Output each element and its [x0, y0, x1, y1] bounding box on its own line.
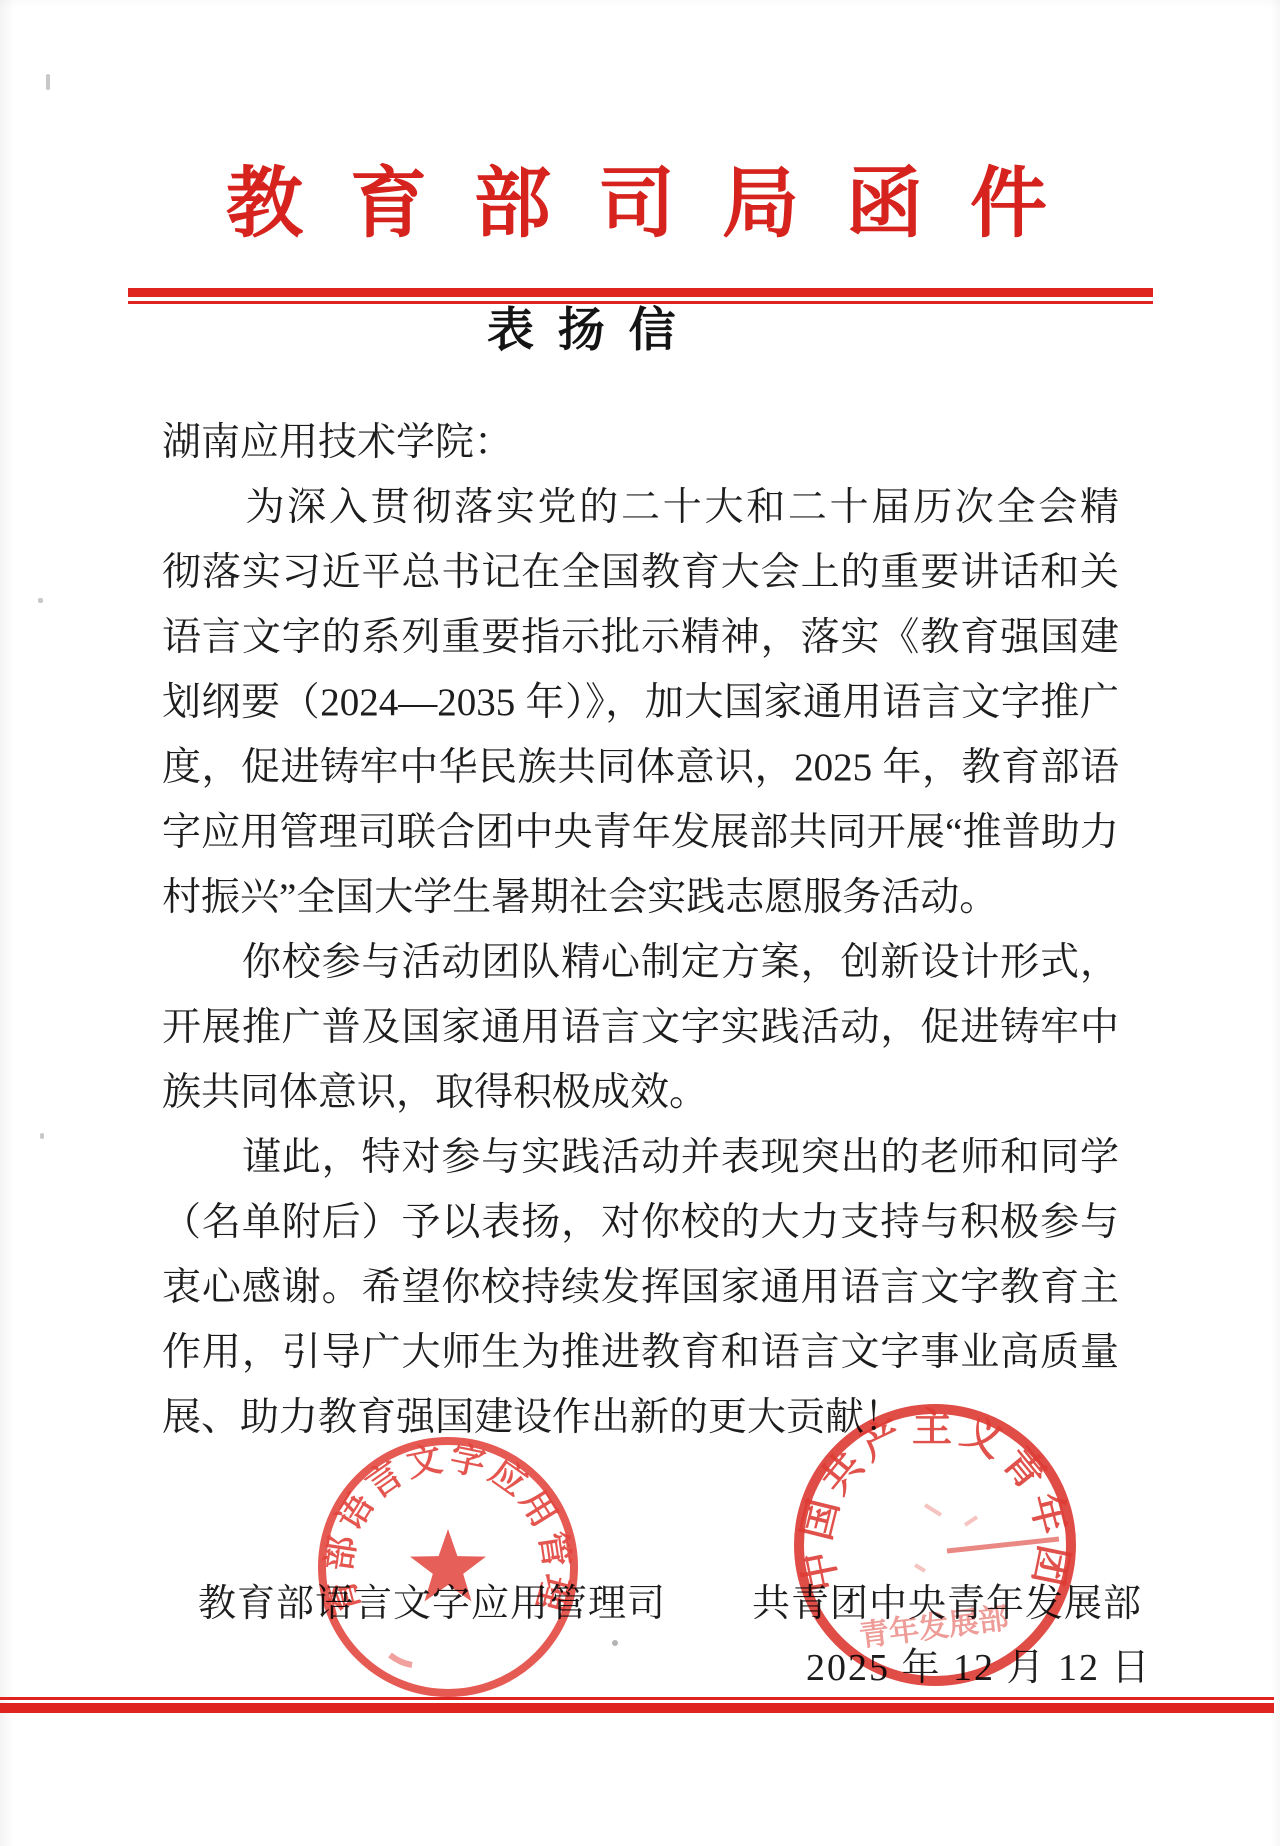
scanned-letter-page: 教育部司局函件 表 扬 信 湖南应用技术学院： 为深入贯彻落实党的二十大和二十届… [0, 0, 1280, 1846]
body-line: （名单附后）予以表扬，对你校的大力支持与积极参与表示 [162, 1190, 1119, 1255]
right-official-seal: 中国共产主义青年团 青年发展部 [775, 1385, 1095, 1705]
body-line: 彻落实习近平总书记在全国教育大会上的重要讲话和关于 [162, 540, 1119, 605]
body-line: 度，促进铸牢中华民族共同体意识，2025 年，教育部语言文 [162, 735, 1119, 800]
letter-body: 湖南应用技术学院： 为深入贯彻落实党的二十大和二十届历次全会精神，贯彻落实习近平… [162, 410, 1119, 1450]
body-line: 字应用管理司联合团中央青年发展部共同开展“推普助力乡 [162, 800, 1119, 865]
scan-artifact [46, 74, 50, 90]
body-line: 作用，引导广大师生为推进教育和语言文字事业高质量发 [162, 1320, 1119, 1385]
scan-artifact [40, 1133, 44, 1139]
body-line: 谨此，特对参与实践活动并表现突出的老师和同学们 [162, 1125, 1119, 1190]
seal-star-icon [410, 1529, 486, 1601]
body-line: 为深入贯彻落实党的二十大和二十届历次全会精神，贯 [162, 475, 1119, 540]
body-line: 开展推广普及国家通用语言文字实践活动，促进铸牢中华民 [162, 995, 1119, 1060]
scan-artifact [38, 598, 43, 603]
left-official-seal: 教育部语言文字应用管理司 [298, 1417, 598, 1717]
body-line: 村振兴”全国大学生暑期社会实践志愿服务活动。 [162, 865, 1119, 930]
svg-text:中国共产主义青年团: 中国共产主义青年团 [793, 1405, 1077, 1595]
body-line: 湖南应用技术学院： [162, 410, 1119, 475]
letterhead-title: 教育部司局函件 [226, 142, 1094, 253]
scan-artifact [612, 1640, 618, 1646]
document-title: 表 扬 信 [487, 293, 682, 360]
body-line: 语言文字的系列重要指示批示精神，落实《教育强国建设规 [162, 605, 1119, 670]
bottom-rule-thin [0, 1697, 1274, 1700]
right-seal-arc-text: 中国共产主义青年团 [793, 1405, 1077, 1595]
body-line: 衷心感谢。希望你校持续发挥国家通用语言文字教育主阵地 [162, 1255, 1119, 1320]
right-seal-inner-text: 青年发展部 [857, 1601, 1010, 1653]
body-line: 你校参与活动团队精心制定方案，创新设计形式，扎实 [162, 930, 1119, 995]
bottom-rule-thick [0, 1703, 1274, 1713]
body-line: 族共同体意识，取得积极成效。 [162, 1060, 1119, 1125]
body-line: 划纲要（2024—2035 年）》，加大国家通用语言文字推广力 [162, 670, 1119, 735]
